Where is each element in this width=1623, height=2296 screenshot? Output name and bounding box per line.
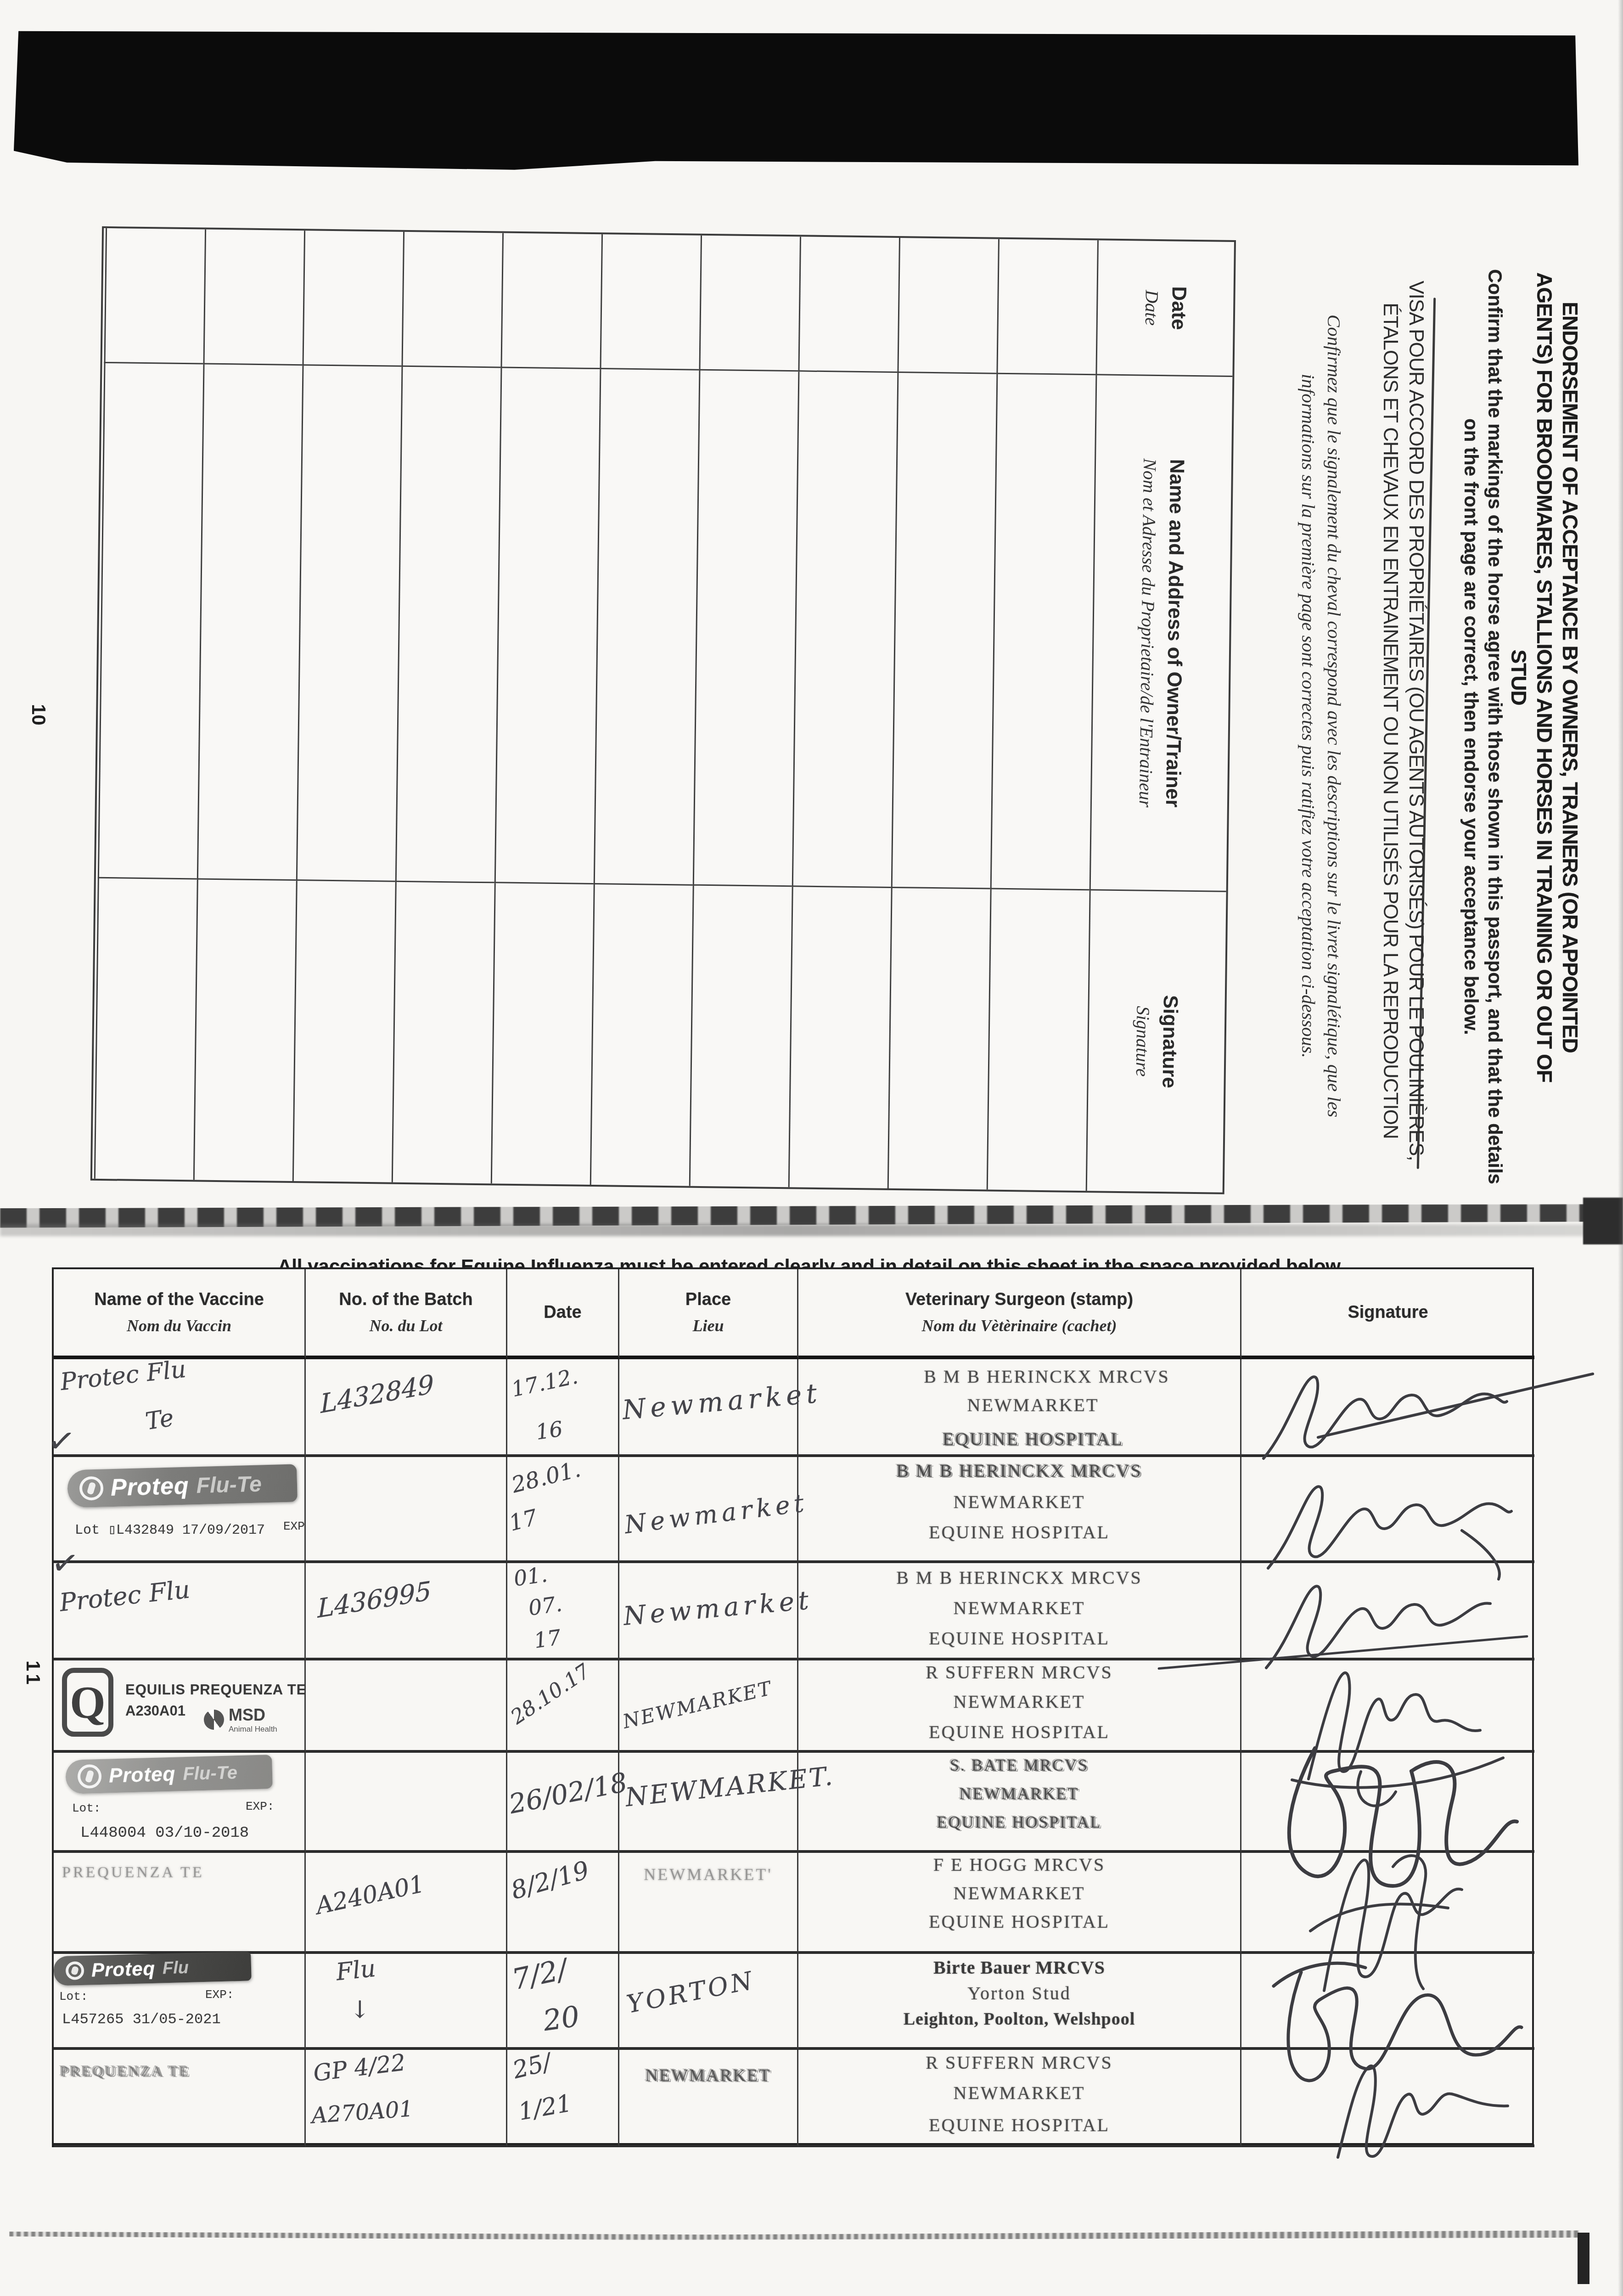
table-row: Proteq Flu-Te Lot: EXP: L448004 03/10-20… xyxy=(54,1753,306,1853)
header-vaccine: Name of the Vaccine Nom du Vaccin xyxy=(54,1269,306,1359)
header-batch-en: No. of the Batch xyxy=(339,1290,472,1310)
vet-stamp-line: EQUINE HOSPITAL xyxy=(798,1428,1240,1450)
vet-stamp-line: NEWMARKET xyxy=(798,1882,1240,1904)
col-signature-label-en: Signature xyxy=(1157,995,1181,1089)
table-cell-place: NEWMARKET xyxy=(619,1660,798,1753)
vet-stamp-line: Birte Bauer MRCVS xyxy=(798,1957,1240,1978)
header-place-fr: Lieu xyxy=(693,1316,724,1335)
col-signature-label-fr: Signature xyxy=(1132,1006,1154,1077)
place-handwritten: NEWMARKET xyxy=(621,1677,775,1733)
proteq-sticker: Proteq Flu-Te xyxy=(65,1755,273,1794)
date-handwritten: 7/2/ xyxy=(509,1952,570,1996)
vet-stamp-line: B M B HERINCKX MRCVS xyxy=(798,1460,1240,1481)
place-handwritten: Newmarket xyxy=(622,1585,814,1632)
endorsement-table: Date Date Name and Address of Owner/Trai… xyxy=(90,226,1236,1194)
header-date-label: Date xyxy=(544,1303,581,1322)
vaccine-handwritten: Protec Flu xyxy=(59,1356,187,1396)
table-cell-vet-stamp: B M B HERINCKX MRCVS NEWMARKET EQUINE HO… xyxy=(798,1563,1241,1660)
sticker-vaccine-name: EQUILIS PREQUENZA TE xyxy=(125,1682,306,1698)
table-row: Proteq Flu Lot: EXP: L457265 31/05-2021 xyxy=(54,1954,306,2050)
sticker-exp-label: EXP: xyxy=(246,1800,274,1813)
table-cell-batch xyxy=(306,1753,507,1853)
date-handwritten: 17 xyxy=(533,1625,562,1653)
table-cell-signature xyxy=(1241,1457,1534,1563)
header-signature-label: Signature xyxy=(1348,1303,1428,1322)
table-cell-place: Newmarket xyxy=(619,1563,798,1660)
header-vet-en: Veterinary Surgeon (stamp) xyxy=(905,1290,1133,1310)
table-cell-signature xyxy=(1241,1563,1534,1660)
vet-stamp-line: NEWMARKET xyxy=(798,2082,1240,2104)
sticker-lot-label: Lot: xyxy=(72,1801,101,1815)
place-handwritten: Newmarket xyxy=(623,1488,810,1540)
table-cell-place: NEWMARKET xyxy=(619,2050,798,2147)
equilis-q-logo-icon: Q xyxy=(62,1668,113,1737)
table-cell-date: 28.01. 17 xyxy=(507,1457,619,1563)
table-cell-date: 7/2/ 20 xyxy=(507,1954,619,2050)
col-name-label-en: Name and Address of Owner/Trainer xyxy=(1161,459,1188,807)
equilis-q-glyph: Q xyxy=(70,1679,106,1725)
table-cell-batch: A240A01 xyxy=(306,1853,507,1954)
table-row: PREQUENZA TE xyxy=(54,2050,306,2147)
col-name-label-fr: Nom et Adresse du Proprietaire/de l'Entr… xyxy=(1135,458,1161,807)
signature-scrawl xyxy=(1269,2047,1526,2167)
vet-stamp-line: EQUINE HOSPITAL xyxy=(798,2114,1240,2136)
page-number-10: 10 xyxy=(33,704,50,733)
table-cell-signature xyxy=(1241,1753,1534,1853)
table-cell-vet-stamp: R SUFFERN MRCVS NEWMARKET EQUINE HOSPITA… xyxy=(798,1660,1241,1753)
vet-stamp-line: NEWMARKET xyxy=(798,1784,1240,1803)
date-handwritten: 28.10.17 xyxy=(506,1660,594,1729)
table-row: Protec Flu xyxy=(54,1563,306,1660)
table-row: PREQUENZA TE xyxy=(54,1853,306,1954)
header-batch-fr: No. du Lot xyxy=(369,1316,442,1335)
vet-stamp-line: EQUINE HOSPITAL xyxy=(798,1721,1240,1743)
scan-right-edge-shadow xyxy=(1618,0,1623,2296)
vet-stamp-line: NEWMARKET xyxy=(798,1394,1240,1416)
table-cell-batch: L436995 xyxy=(306,1563,507,1660)
endorsement-col-name: Name and Address of Owner/Trainer Nom et… xyxy=(1089,375,1233,892)
scan-bottom-noise xyxy=(9,2228,1579,2240)
vet-stamp-line: B M B HERINCKX MRCVS xyxy=(798,1366,1240,1387)
header-place-en: Place xyxy=(685,1290,731,1310)
page-number-11: 11 xyxy=(28,1660,44,1703)
vet-stamp-line: EQUINE HOSPITAL xyxy=(798,1812,1240,1832)
vet-stamp-line: EQUINE HOSPITAL xyxy=(798,1627,1240,1649)
vet-stamp-line: R SUFFERN MRCVS xyxy=(798,1661,1240,1683)
table-row: Q EQUILIS PREQUENZA TE A230A01 MSD Anima… xyxy=(54,1660,306,1753)
header-vaccine-fr: Nom du Vaccin xyxy=(127,1316,231,1335)
vet-stamp-line: S. BATE MRCVS xyxy=(798,1756,1240,1775)
table-cell-vet-stamp: B M B HERINCKX MRCVS NEWMARKET EQUINE HO… xyxy=(798,1359,1241,1457)
sticker-lot-number: L457265 31/05-2021 xyxy=(62,2011,221,2028)
sticker-brand: Proteq xyxy=(110,1472,189,1502)
table-cell-vet-stamp: B M B HERINCKX MRCVS NEWMARKET EQUINE HO… xyxy=(798,1457,1241,1563)
vet-stamp-line: Leighton, Poolton, Welshpool xyxy=(798,2009,1240,2029)
table-cell-signature xyxy=(1241,1853,1534,1954)
signature-scrawl xyxy=(1255,1361,1512,1471)
batch-handwritten: A270A01 xyxy=(310,2096,414,2128)
vet-stamp-line: NEWMARKET xyxy=(798,1691,1240,1712)
place-handwritten: Newmarket xyxy=(621,1377,823,1426)
down-arrow-handwritten: ↓ xyxy=(350,1996,370,2024)
vet-stamp-line: B M B HERINCKX MRCVS xyxy=(798,1567,1240,1588)
date-handwritten: 8/2/19 xyxy=(508,1855,592,1905)
sticker-exp-label: EXP: xyxy=(205,1988,234,2002)
col-date-label-en: Date xyxy=(1167,286,1191,330)
vet-stamp-line: EQUINE HOSPITAL xyxy=(798,1911,1240,1932)
table-cell-vet-stamp: S. BATE MRCVS NEWMARKET EQUINE HOSPITAL xyxy=(798,1753,1241,1853)
vaccine-stamp-faint: PREQUENZA TE xyxy=(54,2063,304,2080)
header-place: Place Lieu xyxy=(619,1269,798,1359)
scanned-passport-page: 10 11 ENDORSEMENT OF ACCEPTANCE BY OWNER… xyxy=(0,0,1623,2296)
vet-stamp-line: NEWMARKET xyxy=(798,1491,1240,1513)
place-stamp-garbled: NEWMARKET xyxy=(619,2065,797,2086)
date-handwritten: 28.01. xyxy=(509,1456,583,1498)
header-vaccine-en: Name of the Vaccine xyxy=(94,1290,264,1310)
col-date-label-fr: Date xyxy=(1141,290,1163,326)
sticker-brand: Proteq xyxy=(108,1763,176,1788)
date-handwritten: 1/21 xyxy=(517,2089,574,2126)
table-cell-vet-stamp: Birte Bauer MRCVS Yorton Stud Leighton, … xyxy=(798,1954,1241,2050)
scan-separator-right-mark xyxy=(1583,1198,1623,1244)
proteq-sticker: Proteq Flu xyxy=(53,1951,252,1986)
sticker-lot-number: L448004 03/10-2018 xyxy=(80,1824,249,1842)
table-cell-batch: GP 4/22 A270A01 xyxy=(306,2050,507,2147)
table-cell-signature xyxy=(1241,1359,1534,1457)
proteq-logo-icon xyxy=(66,1961,84,1980)
msd-logo-icon xyxy=(204,1710,224,1730)
sticker-variant: Flu-Te xyxy=(196,1471,262,1498)
endorsement-col-date: Date Date xyxy=(1095,240,1234,377)
table-cell-batch xyxy=(306,1457,507,1563)
table-cell-signature xyxy=(1241,1954,1534,2050)
table-cell-date: 01. 07. 17 xyxy=(507,1563,619,1660)
table-cell-signature xyxy=(1241,2050,1534,2147)
scan-black-band-top xyxy=(14,25,1578,171)
scan-separator-shadow xyxy=(0,1224,1589,1236)
table-cell-place: NEWMARKET' xyxy=(619,1853,798,1954)
date-handwritten: 16 xyxy=(534,1416,564,1445)
place-handwritten: YORTON xyxy=(624,1966,758,2019)
endorsement-empty-cell xyxy=(996,239,1097,376)
sticker-variant: Flu xyxy=(162,1958,189,1978)
header-vet-fr: Nom du Vètèrinaire (cachet) xyxy=(922,1316,1117,1335)
batch-handwritten: Flu xyxy=(335,1955,377,1986)
batch-handwritten: A240A01 xyxy=(313,1870,427,1920)
table-cell-date: 26/02/18 xyxy=(507,1753,619,1853)
vaccination-table: Name of the Vaccine Nom du Vaccin No. of… xyxy=(52,1267,1534,2147)
endorsement-title-fr: VISA POUR ACCORD DES PROPRIÉTAIRES (OU A… xyxy=(1346,272,1429,1170)
table-cell-vet-stamp: F E HOGG MRCVS NEWMARKET EQUINE HOSPITAL xyxy=(798,1853,1241,1954)
sticker-variant: Flu-Te xyxy=(183,1762,238,1784)
table-cell-place: Newmarket xyxy=(619,1457,798,1563)
vaccine-handwritten: Protec Flu xyxy=(58,1575,191,1617)
signature-scrawl xyxy=(1260,1471,1517,1581)
date-handwritten: 17 xyxy=(506,1504,540,1536)
header-batch: No. of the Batch No. du Lot xyxy=(306,1269,507,1359)
table-cell-vet-stamp: R SUFFERN MRCVS NEWMARKET EQUINE HOSPITA… xyxy=(798,2050,1241,2147)
table-cell-batch: Flu ↓ xyxy=(306,1954,507,2050)
endorsement-confirm-fr: Confirmez que le signalement du cheval c… xyxy=(1260,292,1347,1140)
table-row: Protec Flu Te xyxy=(54,1359,306,1457)
proteq-sticker: Proteq Flu-Te xyxy=(67,1464,298,1508)
scan-bottom-right-mark xyxy=(1578,2233,1589,2284)
proteq-logo-icon xyxy=(79,1476,103,1501)
date-handwritten: 17.12. xyxy=(509,1363,580,1401)
sticker-batch-code: A230A01 xyxy=(125,1703,185,1719)
header-signature: Signature xyxy=(1241,1269,1534,1359)
table-cell-batch: L432849 xyxy=(306,1359,507,1457)
table-cell-place: Newmarket xyxy=(619,1359,798,1457)
header-vet: Veterinary Surgeon (stamp) Nom du Vètèri… xyxy=(798,1269,1241,1359)
table-cell-date: 28.10.17 xyxy=(507,1660,619,1753)
batch-handwritten: L436995 xyxy=(317,1576,432,1624)
margin-check-icon: ✓ xyxy=(49,1542,81,1584)
date-handwritten: 20 xyxy=(541,1999,581,2037)
vaccine-stamp-faint: PREQUENZA TE xyxy=(54,1864,304,1881)
batch-handwritten: L432849 xyxy=(320,1369,434,1419)
table-cell-date: 17.12. 16 xyxy=(507,1359,619,1457)
endorsement-col-signature: Signature Signature xyxy=(1086,890,1226,1193)
date-handwritten: 07. xyxy=(527,1591,564,1621)
equilis-sticker: Q EQUILIS PREQUENZA TE A230A01 MSD Anima… xyxy=(62,1668,475,1737)
vet-stamp-line: NEWMARKET xyxy=(798,1597,1240,1619)
margin-check-icon: ✓ xyxy=(45,1420,78,1462)
proteq-logo-icon xyxy=(77,1764,101,1789)
date-handwritten: 26/02/18 xyxy=(506,1767,630,1820)
vaccine-handwritten: Te xyxy=(144,1404,176,1436)
msd-label: MSD xyxy=(229,1705,277,1725)
table-row: Proteq Flu-Te Lot ▯L432849 17/09/2017 EX… xyxy=(54,1457,306,1563)
table-cell-date: 8/2/19 xyxy=(507,1853,619,1954)
table-cell-place: YORTON xyxy=(619,1954,798,2050)
header-date: Date xyxy=(507,1269,619,1359)
table-cell-date: 25/ 1/21 xyxy=(507,2050,619,2147)
endorsement-confirm-en: Confirm that the markings of the horse a… xyxy=(1447,269,1507,1185)
sticker-lot-label: Lot: xyxy=(59,1990,88,2003)
batch-handwritten: GP 4/22 xyxy=(312,2049,407,2087)
msd-sublabel: Animal Health xyxy=(229,1725,277,1734)
date-handwritten: 01. xyxy=(512,1562,549,1591)
vet-stamp-line: EQUINE HOSPITAL xyxy=(798,1521,1240,1543)
sticker-exp-label: EXP xyxy=(283,1519,305,1533)
sticker-brand: Proteq xyxy=(91,1958,155,1981)
date-handwritten: 25/ xyxy=(510,2048,554,2084)
vet-stamp-line: R SUFFERN MRCVS xyxy=(798,2052,1240,2073)
table-cell-place: NEWMARKET. xyxy=(619,1753,798,1853)
vet-stamp-line: Yorton Stud xyxy=(798,1982,1240,2004)
place-stamp-faint: NEWMARKET' xyxy=(619,1865,797,1884)
vet-stamp-line: F E HOGG MRCVS xyxy=(798,1854,1240,1875)
sticker-lot-number: Lot ▯L432849 17/09/2017 xyxy=(75,1521,265,1538)
endorsement-title-en: ENDORSEMENT OF ACCEPTANCE BY OWNERS, TRA… xyxy=(1505,257,1583,1097)
